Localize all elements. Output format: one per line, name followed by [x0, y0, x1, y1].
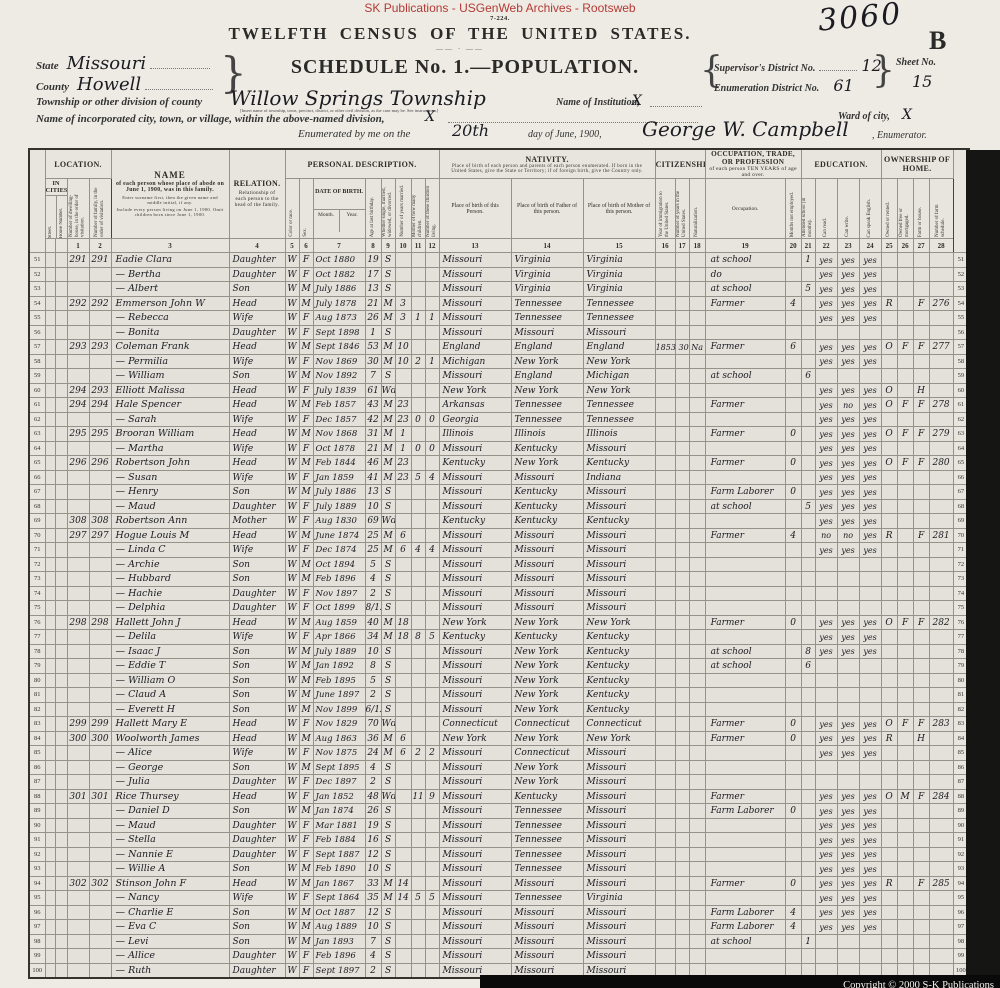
cell-age: 6/12 — [365, 702, 381, 717]
cell-pob: Missouri — [439, 934, 511, 949]
cell-pom: Missouri — [583, 441, 655, 456]
name-desc1: of each person whose place of abode on J… — [112, 180, 229, 194]
handwritten-entry: 25 — [367, 545, 378, 555]
census-row-78: 78— Isaac JSonWMJuly 188910SMissouriNew … — [29, 644, 969, 659]
cell-street — [45, 456, 55, 471]
cell-c17 — [675, 572, 689, 587]
cell-rowno: 98 — [29, 934, 45, 949]
handwritten-entry: yes — [863, 749, 876, 758]
cell-rd — [815, 369, 837, 384]
census-row-94: 94302302Stinson John FHeadWMJan 186733M1… — [29, 876, 969, 891]
handwritten-entry: 1 — [400, 444, 406, 454]
cell-dob: Apr 1866 — [313, 630, 365, 645]
cell-cl: 1 — [425, 311, 439, 326]
handwritten-entry: yes — [819, 459, 832, 468]
handwritten-entry: Tennessee — [515, 806, 562, 816]
census-row-92: 92— Nannie EDaughterWFSept 188712SMissou… — [29, 847, 969, 862]
can-write-header: Can write. — [837, 179, 859, 239]
cell-sch — [801, 557, 815, 572]
handwritten-entry: Kentucky — [587, 647, 630, 657]
handwritten-entry: Mother — [233, 516, 267, 526]
cell-cl — [425, 340, 439, 355]
cell-dob: Jan 1852 — [313, 789, 365, 804]
cell-dw: 308 — [67, 514, 89, 529]
handwritten-entry: yes — [819, 401, 832, 410]
cell-occ — [705, 949, 785, 964]
cell-mb — [411, 253, 425, 268]
handwritten-entry: Son — [233, 574, 250, 584]
cell-en: yes — [859, 528, 881, 543]
cell-en: yes — [859, 441, 881, 456]
cell-fs — [929, 267, 953, 282]
cell-dob: Nov 1875 — [313, 746, 365, 761]
cell-wr: yes — [837, 789, 859, 804]
cell-rd: yes — [815, 789, 837, 804]
handwritten-entry: M — [301, 574, 310, 584]
cell-fam — [89, 499, 111, 514]
handwritten-entry: Daughter — [233, 777, 276, 787]
cell-mb — [411, 673, 425, 688]
cell-own — [881, 862, 897, 877]
handwritten-entry: yes — [863, 647, 876, 656]
cell-name: — Maud — [111, 818, 229, 833]
group-relation: RELATION. Relationship of each person to… — [229, 149, 285, 239]
handwritten-entry: yes — [819, 430, 832, 439]
cell-cl — [425, 282, 439, 297]
cell-rowno: 56 — [29, 325, 45, 340]
handwritten-entry: 18 — [397, 632, 408, 642]
cell-fs — [929, 949, 953, 964]
cell-ym: 23 — [395, 398, 411, 413]
cell-rd: yes — [815, 746, 837, 761]
cell-fh — [913, 325, 929, 340]
cell-pob: Missouri — [439, 746, 511, 761]
cell-name: — Martha — [111, 441, 229, 456]
handwritten-entry: yes — [863, 444, 876, 453]
cell-sch — [801, 354, 815, 369]
handwritten-entry: yes — [841, 749, 854, 758]
cell-dw — [67, 325, 89, 340]
handwritten-entry: 61 — [367, 386, 378, 396]
cell-pob: Missouri — [439, 905, 511, 920]
handwritten-entry: W — [287, 328, 296, 338]
cell-c18 — [689, 673, 705, 688]
cell-rowno: 85 — [29, 746, 45, 761]
cell-rd: yes — [815, 485, 837, 500]
cell-pob: Missouri — [439, 485, 511, 500]
cell-own: O — [881, 383, 897, 398]
handwritten-entry: Missouri — [443, 328, 483, 338]
cell-rd: yes — [815, 630, 837, 645]
cell-mb — [411, 644, 425, 659]
cell-ym — [395, 920, 411, 935]
cell-pom: Missouri — [583, 789, 655, 804]
cell-own: R — [881, 731, 897, 746]
handwritten-entry: M — [383, 734, 392, 744]
handwritten-entry: Missouri — [515, 545, 555, 555]
census-row-63: 63295295Brooran WilliamHeadWMNov 186831M… — [29, 427, 969, 442]
cell-fh — [913, 470, 929, 485]
cell-rowno: 53 — [29, 282, 45, 297]
handwritten-entry: 48 — [367, 792, 378, 802]
handwritten-entry: yes — [819, 865, 832, 874]
cell-occ — [705, 746, 785, 761]
census-row-85: 85— AliceWifeWFNov 187524M622MissouriCon… — [29, 746, 969, 761]
cell-cl — [425, 253, 439, 268]
census-row-98: 98— LeviSonWMJan 18937SMissouriMissouriM… — [29, 934, 969, 949]
census-row-52: 52— BerthaDaughterWFOct 188217SMissouriV… — [29, 267, 969, 282]
handwritten-entry: 4 — [790, 908, 796, 918]
handwritten-entry: W — [287, 676, 296, 686]
handwritten-entry: Aug 1863 — [316, 734, 357, 744]
cell-color: W — [285, 731, 299, 746]
cell-c18 — [689, 905, 705, 920]
cell-pob: Missouri — [439, 441, 511, 456]
cell-own — [881, 833, 897, 848]
cell-pom: New York — [583, 383, 655, 398]
cell-mb — [411, 760, 425, 775]
cell-rel: Son — [229, 572, 285, 587]
cell-color: W — [285, 601, 299, 616]
cell-sch — [801, 586, 815, 601]
cell-wr: yes — [837, 412, 859, 427]
cell-mne: 4 — [785, 528, 801, 543]
cell-ff — [897, 369, 913, 384]
handwritten-entry: yes — [841, 865, 854, 874]
cell-occ — [705, 557, 785, 572]
cell-own: R — [881, 876, 897, 891]
cell-dw — [67, 572, 89, 587]
cell-fs — [929, 934, 953, 949]
handwritten-entry: Hogue Louis M — [116, 530, 190, 541]
census-row-71: 71— Linda CWifeWFDec 187425M644MissouriM… — [29, 543, 969, 558]
handwritten-entry: 295 — [91, 429, 108, 439]
cell-en: yes — [859, 354, 881, 369]
handwritten-entry: New York — [515, 676, 559, 686]
cell-fam — [89, 543, 111, 558]
cell-cit — [655, 775, 675, 790]
cell-color: W — [285, 673, 299, 688]
cell-mar: S — [381, 586, 395, 601]
handwritten-entry: 2 — [415, 748, 421, 758]
cell-wr: yes — [837, 470, 859, 485]
handwritten-entry: — Eva C — [116, 921, 157, 932]
cell-wr — [837, 775, 859, 790]
handwritten-entry: Missouri — [443, 371, 483, 381]
cell-ff — [897, 470, 913, 485]
handwritten-entry: Jan 1859 — [316, 473, 354, 483]
census-row-72: 72— ArchieSonWMOct 18945SMissouriMissour… — [29, 557, 969, 572]
handwritten-entry: S — [385, 705, 391, 715]
cell-wr: no — [837, 528, 859, 543]
cell-cl: 4 — [425, 543, 439, 558]
handwritten-entry: W — [287, 908, 296, 918]
handwritten-entry: Nov 1892 — [316, 371, 358, 381]
handwritten-entry: Missouri — [587, 328, 627, 338]
cell-street — [45, 543, 55, 558]
cell-pof: New York — [511, 673, 583, 688]
handwritten-entry: Feb 1844 — [316, 458, 356, 468]
cell-pob: Kentucky — [439, 514, 511, 529]
column-number-row: 1234567891011121314151617181920212223242… — [29, 239, 969, 253]
cell-mar: S — [381, 963, 395, 978]
cell-sex: M — [299, 673, 313, 688]
cell-pob: Missouri — [439, 543, 511, 558]
handwritten-entry: Head — [233, 719, 257, 729]
cell-mb: 2 — [411, 746, 425, 761]
cell-fh — [913, 267, 929, 282]
handwritten-entry: W — [287, 589, 296, 599]
handwritten-entry: — William — [116, 370, 165, 381]
cell-mne — [785, 383, 801, 398]
cell-house — [55, 615, 67, 630]
cell-sch — [801, 702, 815, 717]
handwritten-entry: S — [385, 763, 391, 773]
cell-dw: 299 — [67, 717, 89, 732]
cell-sch — [801, 920, 815, 935]
cell-rowno: 84 — [29, 731, 45, 746]
handwritten-entry: yes — [841, 633, 854, 642]
handwritten-entry: F — [303, 821, 309, 831]
handwritten-entry: yes — [863, 256, 876, 265]
handwritten-entry: yes — [819, 386, 832, 395]
cell-c17 — [675, 325, 689, 340]
cell-ym: 6 — [395, 528, 411, 543]
handwritten-entry: yes — [863, 415, 876, 424]
handwritten-entry: Head — [233, 618, 257, 628]
handwritten-entry: Connecticut — [443, 719, 498, 729]
cell-sch — [801, 543, 815, 558]
cell-rel: Son — [229, 369, 285, 384]
handwritten-entry: W — [287, 893, 296, 903]
cell-c18 — [689, 586, 705, 601]
handwritten-entry: Missouri — [443, 748, 483, 758]
handwritten-entry: 26 — [367, 806, 378, 816]
cell-sch: 6 — [801, 369, 815, 384]
cell-dw — [67, 311, 89, 326]
handwritten-entry: Wd — [382, 719, 396, 729]
cell-sex: F — [299, 354, 313, 369]
handwritten-entry: S — [385, 647, 391, 657]
cell-sex: M — [299, 456, 313, 471]
cell-cl — [425, 688, 439, 703]
cell-en: yes — [859, 876, 881, 891]
handwritten-entry: yes — [841, 850, 854, 859]
cell-cl — [425, 934, 439, 949]
cell-name: Coleman Frank — [111, 340, 229, 355]
enumerator-signature: George W. Campbell — [642, 117, 849, 141]
cell-name: — George — [111, 760, 229, 775]
handwritten-entry: F — [918, 342, 924, 352]
cell-house — [55, 833, 67, 848]
cell-dob: Mar 1881 — [313, 818, 365, 833]
cell-dw: 291 — [67, 253, 89, 268]
cell-fh — [913, 862, 929, 877]
cell-rel: Wife — [229, 354, 285, 369]
cell-age: 5 — [365, 673, 381, 688]
cell-rd — [815, 659, 837, 674]
cell-mne: 0 — [785, 731, 801, 746]
cell-ym — [395, 325, 411, 340]
handwritten-entry: yes — [841, 473, 854, 482]
cell-sex: M — [299, 427, 313, 442]
cell-rel: Wife — [229, 543, 285, 558]
cell-color: W — [285, 354, 299, 369]
cell-name: — Linda C — [111, 543, 229, 558]
handwritten-entry: Indiana — [587, 473, 622, 483]
cell-rd: yes — [815, 920, 837, 935]
cell-c17 — [675, 615, 689, 630]
cell-ff — [897, 688, 913, 703]
cell-occ — [705, 514, 785, 529]
handwritten-entry: Son — [233, 922, 250, 932]
handwritten-entry: F — [303, 328, 309, 338]
handwritten-entry: yes — [841, 415, 854, 424]
handwritten-entry: yes — [863, 430, 876, 439]
cell-dw — [67, 963, 89, 978]
cell-fs — [929, 673, 953, 688]
handwritten-entry: R — [886, 531, 893, 541]
cell-mb: 4 — [411, 543, 425, 558]
handwritten-entry: M — [383, 545, 392, 555]
cell-sch — [801, 441, 815, 456]
cell-fam: 301 — [89, 789, 111, 804]
cell-age: 26 — [365, 804, 381, 819]
handwritten-entry: — Maud — [116, 501, 156, 512]
cell-en — [859, 673, 881, 688]
handwritten-entry: W — [287, 270, 296, 280]
cell-name: — Allice — [111, 949, 229, 964]
cell-pom: Missouri — [583, 528, 655, 543]
cell-c17 — [675, 412, 689, 427]
cell-pom: Kentucky — [583, 673, 655, 688]
cell-dob: Oct 1887 — [313, 905, 365, 920]
handwritten-entry: yes — [819, 546, 832, 555]
cell-rd: yes — [815, 296, 837, 311]
cell-cit — [655, 934, 675, 949]
years-in-us-header: Number of years in the United States. — [675, 179, 689, 239]
handwritten-entry: S — [385, 922, 391, 932]
handwritten-entry: M — [301, 734, 310, 744]
cell-wr: yes — [837, 630, 859, 645]
handwritten-entry: yes — [863, 285, 876, 294]
cell-pom: Kentucky — [583, 630, 655, 645]
attended-school-header: Attended school (in months). — [801, 179, 815, 239]
cell-c17 — [675, 514, 689, 529]
handwritten-entry: M — [301, 531, 310, 541]
cell-pob: Missouri — [439, 876, 511, 891]
handwritten-entry: Wife — [233, 357, 254, 367]
cell-rowno: 76 — [29, 615, 45, 630]
cell-ym — [395, 659, 411, 674]
cell-rel: Head — [229, 731, 285, 746]
cell-dw — [67, 891, 89, 906]
children-living-header: Number of these children living. — [425, 179, 439, 239]
handwritten-entry: 301 — [69, 792, 86, 802]
handwritten-entry: Feb 1857 — [316, 400, 356, 410]
cell-cit — [655, 528, 675, 543]
cell-name: — Rebecca — [111, 311, 229, 326]
cell-occ: Farmer — [705, 340, 785, 355]
cell-pom: Kentucky — [583, 702, 655, 717]
cell-color: W — [285, 543, 299, 558]
handwritten-entry: W — [287, 705, 296, 715]
cell-rd — [815, 557, 837, 572]
census-row-77: 77— DelilaWifeWFApr 186634M1885KentuckyK… — [29, 630, 969, 645]
cell-mb: 0 — [411, 441, 425, 456]
handwritten-entry: F — [918, 429, 924, 439]
handwritten-entry: S — [385, 937, 391, 947]
cell-ym — [395, 862, 411, 877]
handwritten-entry: yes — [819, 749, 832, 758]
cell-dw — [67, 702, 89, 717]
cell-wr — [837, 688, 859, 703]
handwritten-entry: Farmer — [711, 719, 744, 729]
cell-sex: F — [299, 789, 313, 804]
cell-street — [45, 470, 55, 485]
cell-c18 — [689, 717, 705, 732]
cell-own — [881, 485, 897, 500]
cell-name: — Hubbard — [111, 572, 229, 587]
handwritten-entry: H — [917, 734, 925, 744]
handwritten-entry: Missouri — [443, 879, 483, 889]
cell-sch — [801, 630, 815, 645]
cell-house — [55, 311, 67, 326]
handwritten-entry: New York — [443, 618, 487, 628]
cell-fh — [913, 253, 929, 268]
cell-sex: M — [299, 659, 313, 674]
handwritten-entry: 41 — [367, 473, 378, 483]
cell-ym — [395, 514, 411, 529]
column-number-26: 26 — [897, 239, 913, 253]
cell-own — [881, 369, 897, 384]
cell-color: W — [285, 876, 299, 891]
cell-mar: M — [381, 630, 395, 645]
cell-dw — [67, 746, 89, 761]
cell-pob: Missouri — [439, 804, 511, 819]
cell-fs — [929, 833, 953, 848]
cell-pof: New York — [511, 644, 583, 659]
cell-c17 — [675, 847, 689, 862]
handwritten-entry: yes — [841, 357, 854, 366]
pob-father-header: Place of birth of Father of this person. — [511, 179, 583, 239]
handwritten-entry: F — [303, 444, 309, 454]
cell-own: O — [881, 789, 897, 804]
cell-rd: yes — [815, 398, 837, 413]
cell-name: — Albert — [111, 282, 229, 297]
handwritten-entry: Missouri — [587, 589, 627, 599]
handwritten-entry: 0 — [415, 444, 421, 454]
cell-wr: yes — [837, 296, 859, 311]
handwritten-entry: 33 — [367, 879, 378, 889]
handwritten-entry: New York — [515, 734, 559, 744]
cell-c18 — [689, 876, 705, 891]
cell-occ — [705, 412, 785, 427]
handwritten-entry: Sept 1887 — [316, 850, 360, 860]
handwritten-entry: F — [303, 966, 309, 976]
cell-pob: Missouri — [439, 369, 511, 384]
handwritten-entry: yes — [819, 633, 832, 642]
handwritten-entry: 23 — [397, 400, 408, 410]
cell-wr — [837, 702, 859, 717]
cell-mne — [785, 775, 801, 790]
cell-name: — Ruth — [111, 963, 229, 978]
handwritten-entry: — Susan — [116, 472, 158, 483]
cell-fam: 292 — [89, 296, 111, 311]
cell-mar: S — [381, 601, 395, 616]
state-value: Missouri — [67, 53, 146, 74]
cell-house — [55, 296, 67, 311]
